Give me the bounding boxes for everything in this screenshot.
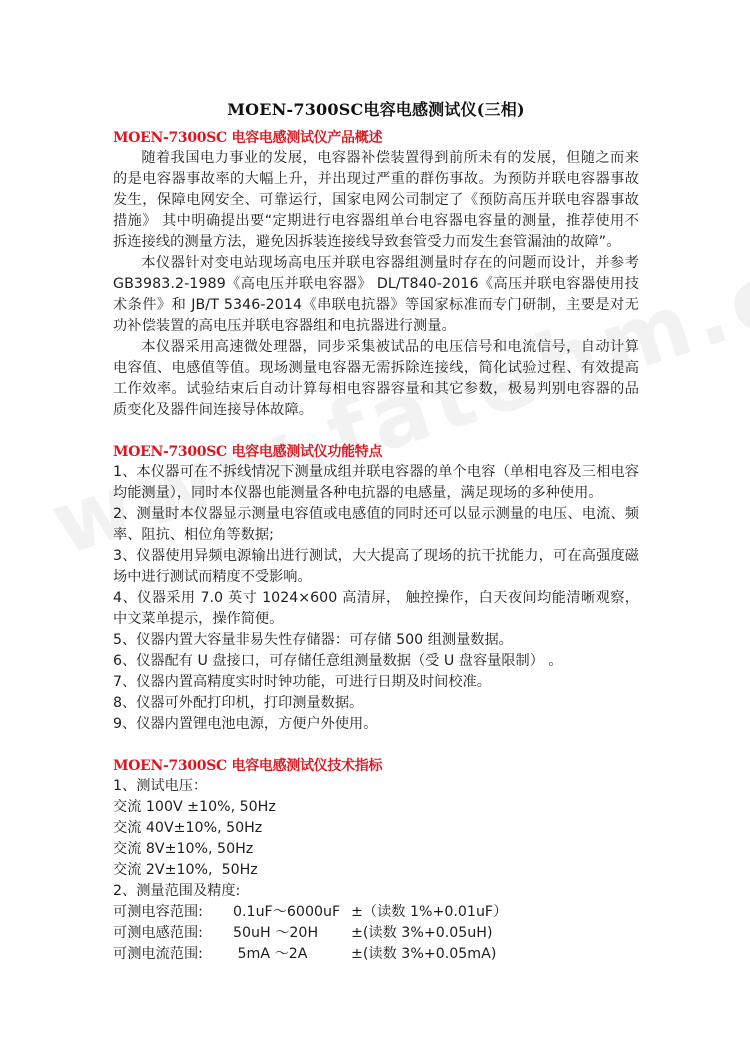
range-value: 50uH ～20H — [233, 923, 351, 944]
feature-item: 2、测量时本仪器显示测量电容值或电感值的同时还可以显示测量的电压、电流、频率、阻… — [113, 504, 639, 546]
feature-item: 1、本仪器可在不拆线情况下测量成组并联电容器的单个电容（单相电容及三相电容均能测… — [113, 462, 639, 504]
range-value: 5mA ～2A — [233, 944, 351, 965]
range-row-capacitance: 可测电容范围: 0.1uF～6000uF ±（读数 1%+0.01uF） — [113, 902, 639, 923]
voltage-spec: 交流 100V ±10%, 50Hz — [113, 797, 639, 818]
range-row-inductance: 可测电感范围: 50uH ～20H ±(读数 3%+0.05uH) — [113, 923, 639, 944]
overview-section: MOEN-7300SC 电容电感测试仪产品概述 随着我国电力事业的发展，电容器补… — [113, 128, 639, 421]
feature-item: 5、仪器内置大容量非易失性存储器：可存储 500 组测量数据。 — [113, 630, 639, 651]
voltage-spec: 交流 8V±10%, 50Hz — [113, 839, 639, 860]
specs-heading: MOEN-7300SC 电容电感测试仪技术指标 — [113, 756, 639, 776]
feature-item: 7、仪器内置高精度实时时钟功能，可进行日期及时间校准。 — [113, 672, 639, 693]
feature-item: 8、仪器可外配打印机，打印测量数据。 — [113, 693, 639, 714]
document-title: MOEN-7300SC电容电感测试仪(三相) — [113, 98, 639, 122]
range-accuracy: ±（读数 1%+0.01uF） — [351, 902, 507, 923]
overview-heading: MOEN-7300SC 电容电感测试仪产品概述 — [113, 128, 639, 148]
section-gap — [113, 735, 639, 756]
feature-item: 9、仪器内置锂电池电源，方便户外使用。 — [113, 714, 639, 735]
overview-paragraph: 随着我国电力事业的发展，电容器补偿装置得到前所未有的发展，但随之而来的是电容器事… — [113, 148, 639, 253]
overview-paragraph: 本仪器采用高速微处理器，同步采集被试品的电压信号和电流信号，自动计算电容值、电感… — [113, 337, 639, 421]
range-title: 2、测量范围及精度: — [113, 881, 639, 902]
range-row-current: 可测电流范围: 5mA ～2A ±(读数 3%+0.05mA) — [113, 944, 639, 965]
section-gap — [113, 421, 639, 442]
voltage-spec: 交流 2V±10%, 50Hz — [113, 860, 639, 881]
range-accuracy: ±(读数 3%+0.05uH) — [351, 923, 493, 944]
feature-item: 3、仪器使用异频电源输出进行测试，大大提高了现场的抗干扰能力，可在高强度磁场中进… — [113, 546, 639, 588]
range-accuracy: ±(读数 3%+0.05mA) — [351, 944, 496, 965]
range-label: 可测电流范围: — [113, 944, 233, 965]
specs-section: MOEN-7300SC 电容电感测试仪技术指标 1、测试电压： 交流 100V … — [113, 756, 639, 965]
document-page: MOEN-7300SC电容电感测试仪(三相) MOEN-7300SC 电容电感测… — [113, 98, 639, 965]
features-heading: MOEN-7300SC 电容电感测试仪功能特点 — [113, 442, 639, 462]
range-label: 可测电容范围: — [113, 902, 233, 923]
feature-item: 4、仪器采用 7.0 英寸 1024×600 高清屏， 触控操作，白天夜间均能清… — [113, 588, 639, 630]
range-value: 0.1uF～6000uF — [233, 902, 351, 923]
voltage-title: 1、测试电压： — [113, 776, 639, 797]
features-section: MOEN-7300SC 电容电感测试仪功能特点 1、本仪器可在不拆线情况下测量成… — [113, 442, 639, 735]
range-label: 可测电感范围: — [113, 923, 233, 944]
voltage-spec: 交流 40V±10%, 50Hz — [113, 818, 639, 839]
overview-paragraph: 本仪器针对变电站现场高电压并联电容器组测量时存在的问题而设计，并参考 GB398… — [113, 253, 639, 337]
feature-item: 6、仪器配有 U 盘接口，可存储任意组测量数据（受 U 盘容量限制） 。 — [113, 651, 639, 672]
